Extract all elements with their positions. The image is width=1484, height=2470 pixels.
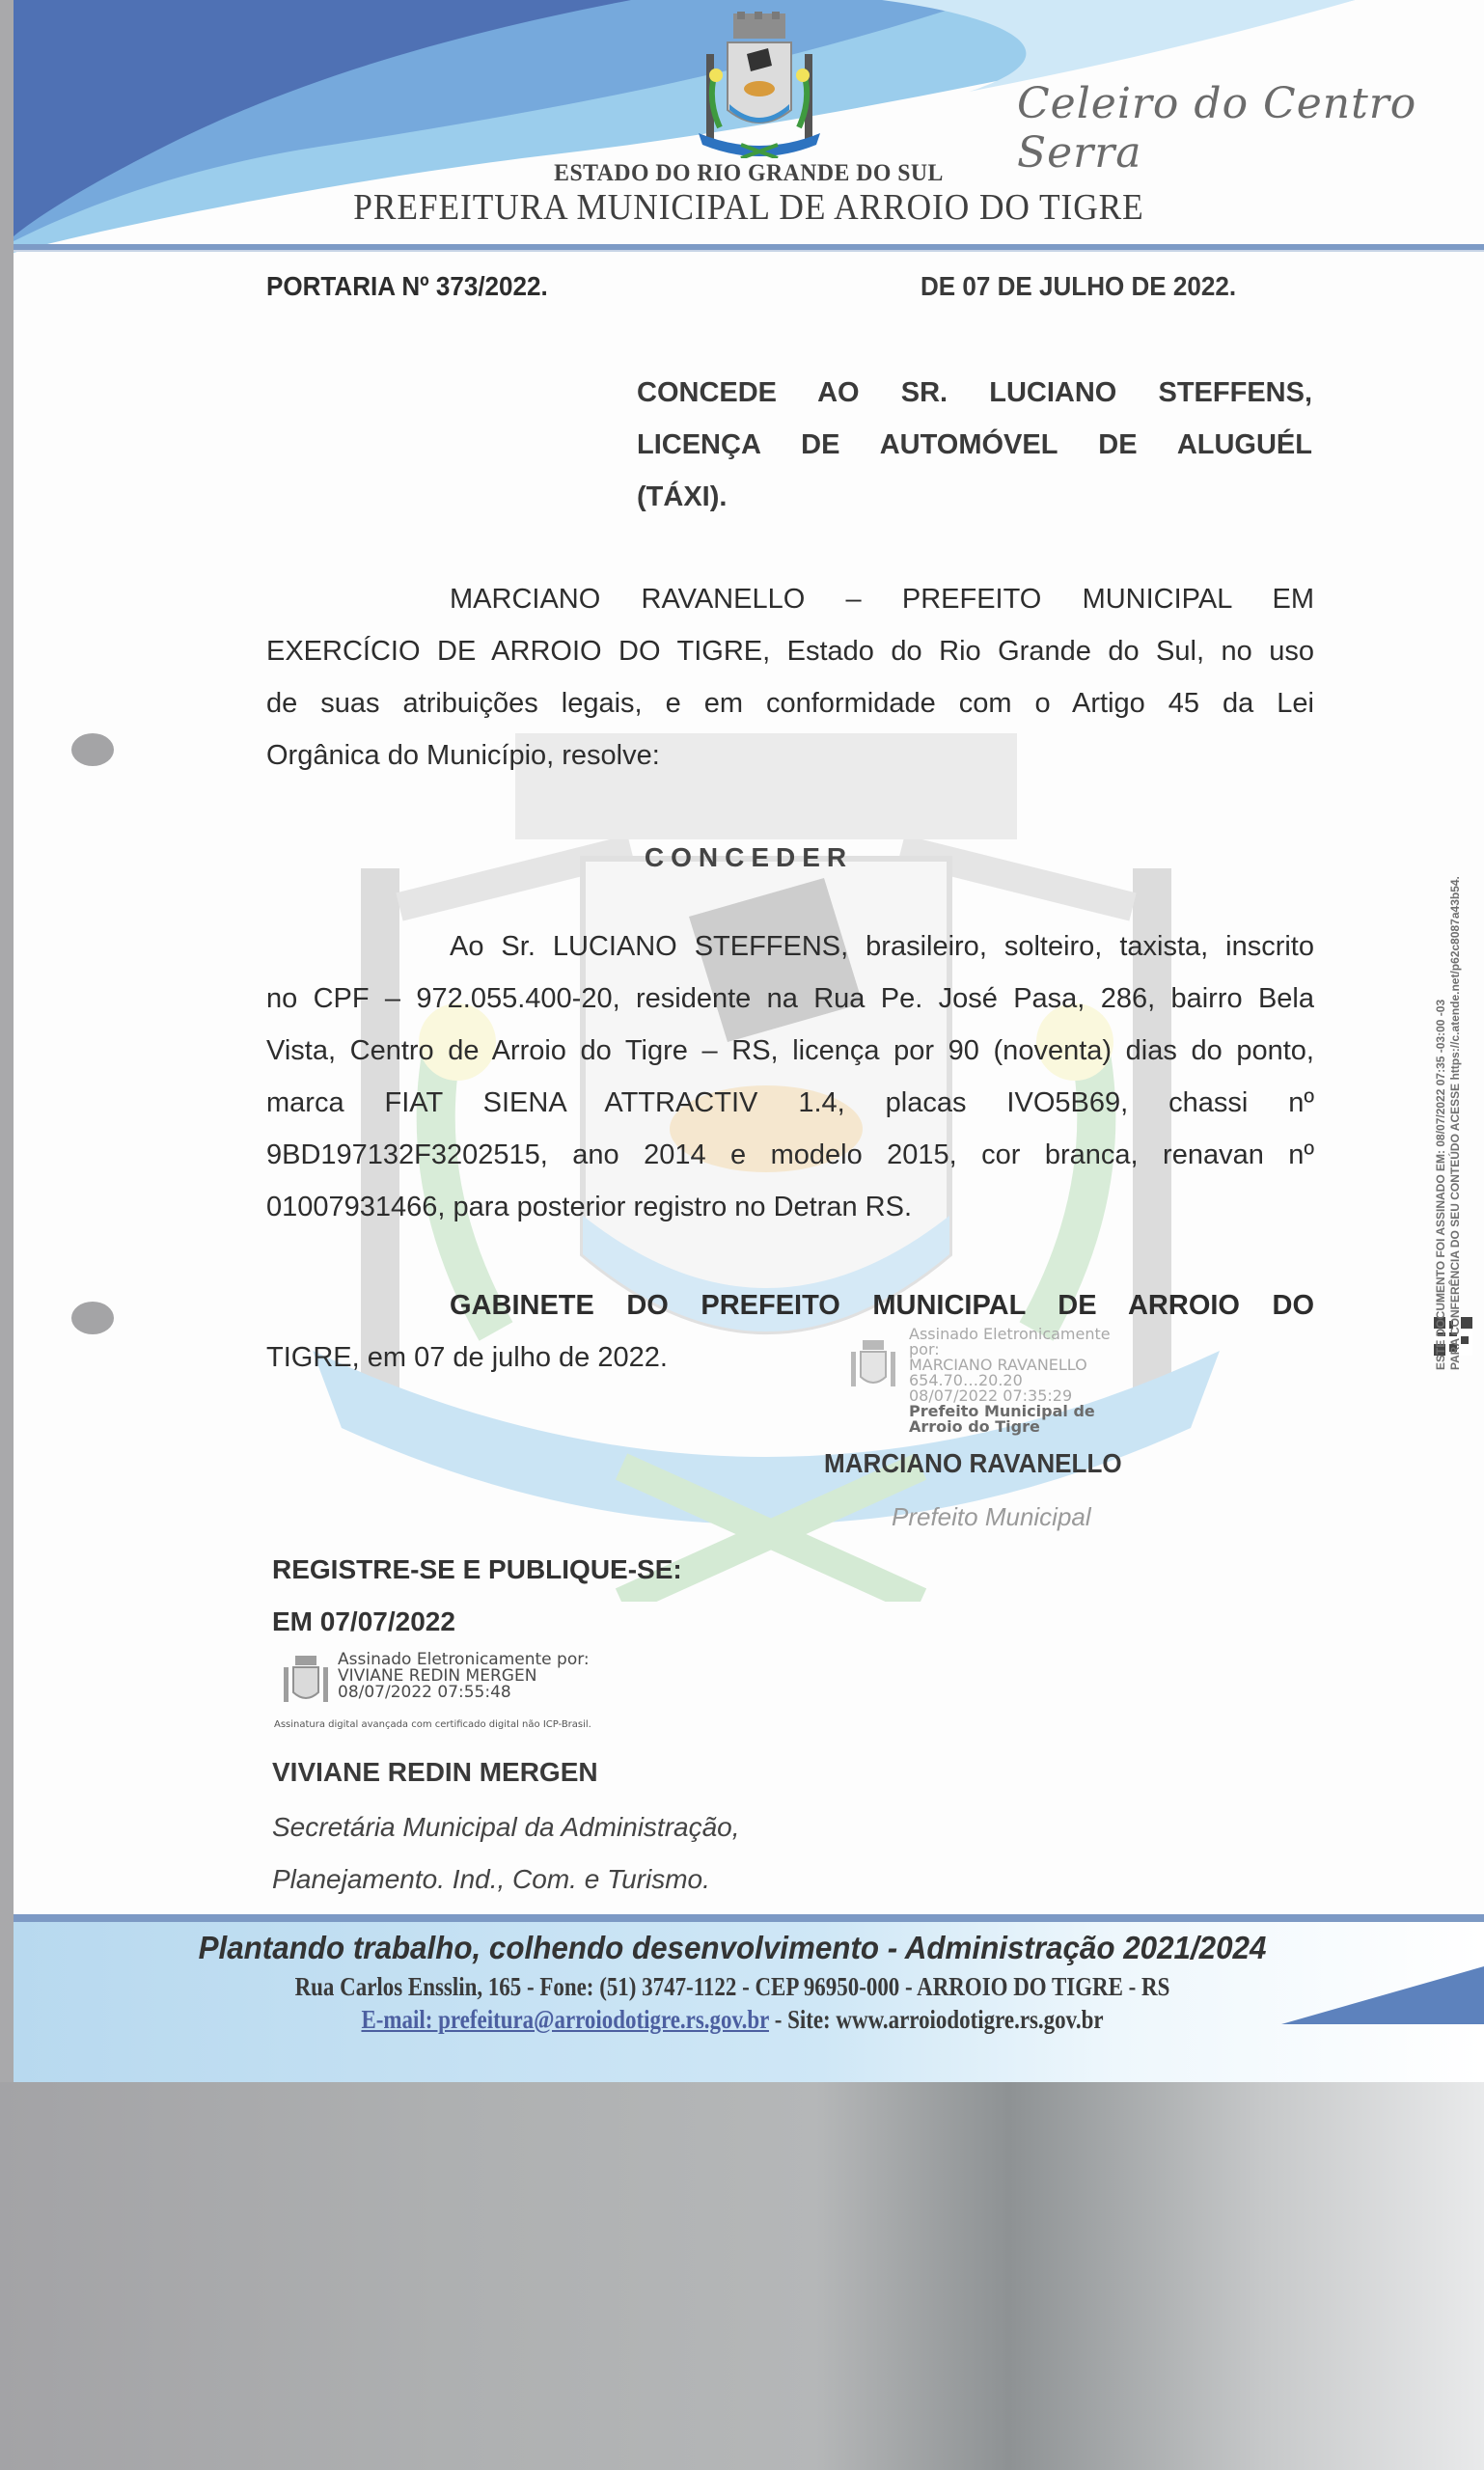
preamble-line: EXERCÍCIO DE ARROIO DO TIGRE, Estado do … — [266, 625, 1314, 677]
scan-edge — [0, 0, 14, 2082]
summary-line: (TÁXI). — [637, 471, 1312, 523]
footer-address: Rua Carlos Ensslin, 165 - Fone: (51) 374… — [122, 1972, 1344, 2002]
portaria-date: DE 07 DE JULHO DE 2022. — [921, 261, 1236, 313]
grant-line-text: Ao Sr. LUCIANO STEFFENS, brasileiro, sol… — [450, 931, 1314, 962]
stamp-org: Arroio do Tigre — [909, 1417, 1040, 1436]
email-link[interactable]: E-mail: prefeitura@arroiodotigre.rs.gov.… — [361, 2005, 769, 2034]
grant-line: no CPF – 972.055.400-20, residente na Ru… — [266, 973, 1314, 1025]
portaria-summary: CONCEDE AO SR. LUCIANO STEFFENS, LICENÇA… — [637, 367, 1312, 523]
prefecture-name: PREFEITURA MUNICIPAL DE ARROIO DO TIGRE — [65, 186, 1432, 229]
footer-divider — [14, 1914, 1484, 1922]
stamp-line: 08/07/2022 07:55:48 — [338, 1685, 590, 1701]
punch-hole-top — [71, 733, 114, 766]
grant-paragraph: Ao Sr. LUCIANO STEFFENS, brasileiro, sol… — [266, 920, 1314, 1233]
preamble-line: de suas atribuições legais, e em conform… — [266, 677, 1314, 729]
summary-line: LICENÇA DE AUTOMÓVEL DE ALUGUÉL — [637, 419, 1312, 471]
preamble-line: MARCIANO RAVANELLO – PREFEITO MUNICIPAL … — [266, 573, 1314, 625]
footer-slogan: Plantando trabalho, colhendo desenvolvim… — [49, 1930, 1415, 1966]
stamp-certificate-note: Assinatura digital avançada com certific… — [274, 1719, 660, 1731]
portaria-number: PORTARIA Nº 373/2022. — [266, 261, 548, 313]
secretary-role-line: Secretária Municipal da Administração, — [272, 1801, 740, 1853]
grant-line: Ao Sr. LUCIANO STEFFENS, brasileiro, sol… — [266, 920, 1314, 973]
site-link[interactable]: - Site: www.arroiodotigre.rs.gov.br — [769, 2005, 1104, 2034]
grant-line: 9BD197132F3202515, ano 2014 e modelo 201… — [266, 1129, 1314, 1181]
preamble-line: Orgânica do Município, resolve: — [266, 729, 1314, 782]
mayor-esignature-stamp: Assinado Eletronicamente por: MARCIANO R… — [847, 1327, 1117, 1433]
document-page: Celeiro do Centro Serra ESTADO DO RIO GR… — [14, 0, 1484, 2082]
preamble-line-text: MARCIANO RAVANELLO – PREFEITO MUNICIPAL … — [450, 584, 1314, 615]
closing-line-text: GABINETE DO PREFEITO MUNICIPAL DE ARROIO… — [450, 1290, 1314, 1321]
closing-line: GABINETE DO PREFEITO MUNICIPAL DE ARROIO… — [266, 1279, 1314, 1331]
grant-line: 01007931466, para posterior registro no … — [266, 1181, 1314, 1233]
registration-title: REGISTRE-SE E PUBLIQUE-SE: — [272, 1544, 682, 1596]
mayor-name: MARCIANO RAVANELLO — [824, 1438, 1122, 1490]
secretary-name: VIVIANE REDIN MERGEN — [272, 1746, 598, 1798]
punch-hole-bottom — [71, 1302, 114, 1334]
conceder-heading: CONCEDER — [14, 832, 1484, 884]
footer-contact: E-mail: prefeitura@arroiodotigre.rs.gov.… — [122, 2005, 1344, 2035]
state-name: ESTADO DO RIO GRANDE DO SUL — [50, 160, 1447, 187]
stamp-text: Assinado Eletronicamente por: MARCIANO R… — [909, 1327, 1117, 1435]
summary-line: CONCEDE AO SR. LUCIANO STEFFENS, — [637, 367, 1312, 419]
preamble-paragraph: MARCIANO RAVANELLO – PREFEITO MUNICIPAL … — [266, 573, 1314, 782]
closing-line: TIGRE, em 07 de julho de 2022. — [266, 1331, 1314, 1384]
grant-line: marca FIAT SIENA ATTRACTIV 1.4, placas I… — [266, 1077, 1314, 1129]
stamp-text: Assinado Eletronicamente por: VIVIANE RE… — [338, 1652, 590, 1701]
stamp-line: Assinado Eletronicamente por: — [909, 1327, 1117, 1358]
closing-paragraph: GABINETE DO PREFEITO MUNICIPAL DE ARROIO… — [266, 1279, 1314, 1384]
header-divider-light — [14, 250, 1484, 252]
verification-side-text: ESTE DOCUMENTO FOI ASSINADO EM: 08/07/20… — [1434, 876, 1463, 1370]
secretary-esignature-stamp: Assinado Eletronicamente por: VIVIANE RE… — [280, 1652, 685, 1758]
stamp-crest-icon — [280, 1654, 332, 1710]
registration-date: EM 07/07/2022 — [272, 1596, 455, 1648]
secretary-role: Secretária Municipal da Administração, P… — [272, 1801, 740, 1906]
footer: Plantando trabalho, colhendo desenvolvim… — [14, 1914, 1484, 2082]
verification-line: ESTE DOCUMENTO FOI ASSINADO EM: 08/07/20… — [1434, 876, 1448, 1370]
secretary-role-line: Planejamento. Ind., Com. e Turismo. — [272, 1853, 740, 1906]
coat-of-arms-icon — [687, 12, 832, 158]
verification-link[interactable]: PARA CONFERÊNCIA DO SEU CONTEÚDO ACESSE … — [1448, 876, 1463, 1370]
mayor-role: Prefeito Municipal — [892, 1491, 1091, 1543]
stamp-crest-icon — [847, 1338, 899, 1394]
grant-line: Vista, Centro de Arroio do Tigre – RS, l… — [266, 1025, 1314, 1077]
